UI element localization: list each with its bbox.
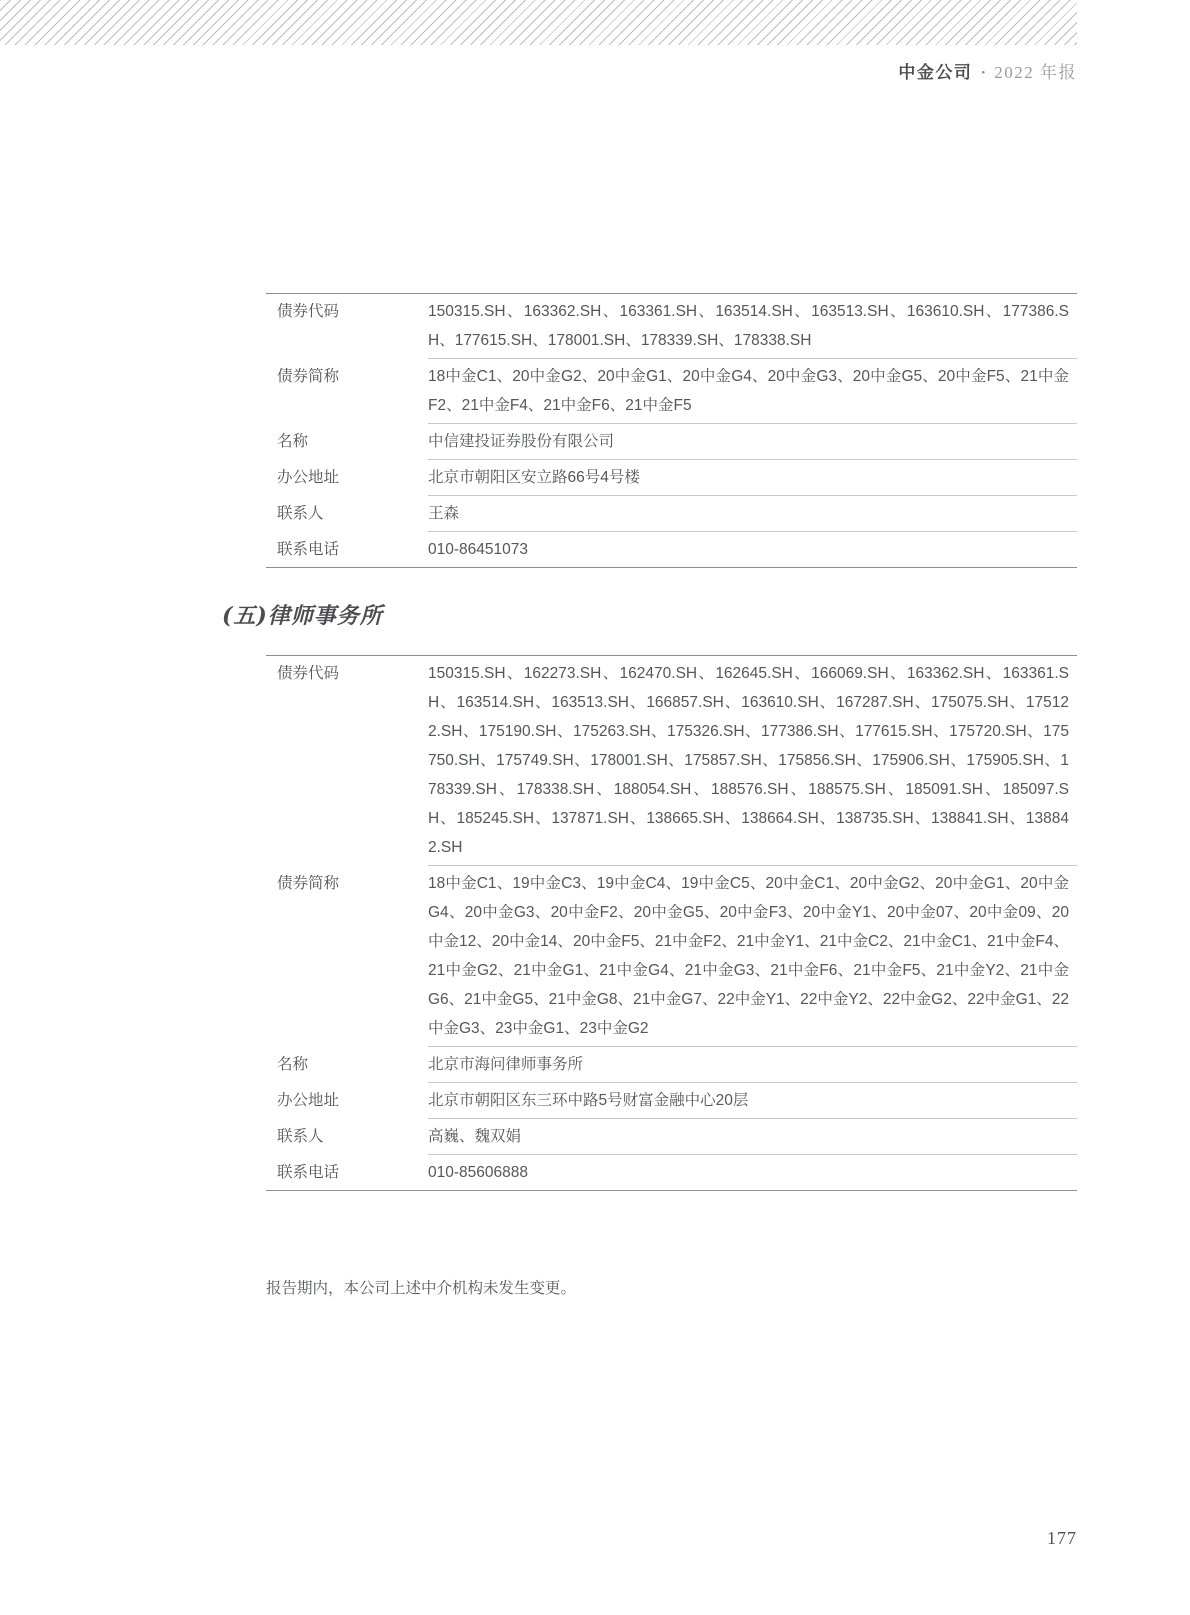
row-value: 150315.SH、163362.SH、163361.SH、163514.SH、… bbox=[428, 294, 1077, 359]
row-value: 王森 bbox=[428, 496, 1077, 532]
row-value: 010-85606888 bbox=[428, 1155, 1077, 1190]
table-row: 联系电话 010-86451073 bbox=[266, 532, 1077, 567]
row-value: 北京市朝阳区东三环中路5号财富金融中心20层 bbox=[428, 1083, 1077, 1119]
page-number: 177 bbox=[0, 1528, 1077, 1549]
row-label: 名称 bbox=[266, 1047, 428, 1083]
table-row: 名称 北京市海问律师事务所 bbox=[266, 1047, 1077, 1083]
table-row: 联系电话 010-85606888 bbox=[266, 1155, 1077, 1190]
table-row: 办公地址 北京市朝阳区东三环中路5号财富金融中心20层 bbox=[266, 1083, 1077, 1119]
row-label: 联系电话 bbox=[266, 1155, 428, 1190]
running-head: 中金公司•2022 年报 bbox=[0, 60, 1077, 86]
table-row: 债券简称 18中金C1、20中金G2、20中金G1、20中金G4、20中金G3、… bbox=[266, 359, 1077, 424]
table-row: 联系人 高巍、魏双娟 bbox=[266, 1119, 1077, 1155]
section-heading-law-firm: (五)律师事务所 bbox=[222, 601, 383, 631]
intermediary-table-sponsor: 债券代码 150315.SH、163362.SH、163361.SH、16351… bbox=[266, 293, 1077, 568]
row-label: 名称 bbox=[266, 424, 428, 460]
report-edition: 2022 年报 bbox=[994, 63, 1077, 82]
bullet-separator: • bbox=[981, 67, 985, 79]
row-value: 中信建投证券股份有限公司 bbox=[428, 424, 1077, 460]
table-row: 办公地址 北京市朝阳区安立路66号4号楼 bbox=[266, 460, 1077, 496]
closing-note: 报告期内，本公司上述中介机构未发生变更。 bbox=[266, 1274, 1077, 1303]
row-value: 150315.SH、162273.SH、162470.SH、162645.SH、… bbox=[428, 656, 1077, 866]
brand-name: 中金公司 bbox=[898, 63, 972, 82]
row-value: 18中金C1、19中金C3、19中金C4、19中金C5、20中金C1、20中金G… bbox=[428, 866, 1077, 1047]
document-page: 中金公司•2022 年报 债券代码 150315.SH、163362.SH、16… bbox=[0, 0, 1190, 1615]
row-label: 联系人 bbox=[266, 496, 428, 532]
row-value: 18中金C1、20中金G2、20中金G1、20中金G4、20中金G3、20中金G… bbox=[428, 359, 1077, 424]
row-label: 联系人 bbox=[266, 1119, 428, 1155]
row-label: 联系电话 bbox=[266, 532, 428, 567]
row-value: 北京市朝阳区安立路66号4号楼 bbox=[428, 460, 1077, 496]
row-value: 高巍、魏双娟 bbox=[428, 1119, 1077, 1155]
table-row: 债券简称 18中金C1、19中金C3、19中金C4、19中金C5、20中金C1、… bbox=[266, 866, 1077, 1047]
row-label: 办公地址 bbox=[266, 1083, 428, 1119]
row-label: 债券代码 bbox=[266, 656, 428, 866]
row-label: 债券代码 bbox=[266, 294, 428, 359]
hatch-banner bbox=[0, 0, 1077, 45]
row-label: 债券简称 bbox=[266, 359, 428, 424]
table-row: 债券代码 150315.SH、162273.SH、162470.SH、16264… bbox=[266, 656, 1077, 866]
row-value: 010-86451073 bbox=[428, 532, 1077, 567]
table-row: 债券代码 150315.SH、163362.SH、163361.SH、16351… bbox=[266, 294, 1077, 359]
table-row: 名称 中信建投证券股份有限公司 bbox=[266, 424, 1077, 460]
intermediary-table-law-firm: 债券代码 150315.SH、162273.SH、162470.SH、16264… bbox=[266, 655, 1077, 1191]
table-row: 联系人 王森 bbox=[266, 496, 1077, 532]
row-label: 办公地址 bbox=[266, 460, 428, 496]
row-label: 债券简称 bbox=[266, 866, 428, 1047]
row-value: 北京市海问律师事务所 bbox=[428, 1047, 1077, 1083]
